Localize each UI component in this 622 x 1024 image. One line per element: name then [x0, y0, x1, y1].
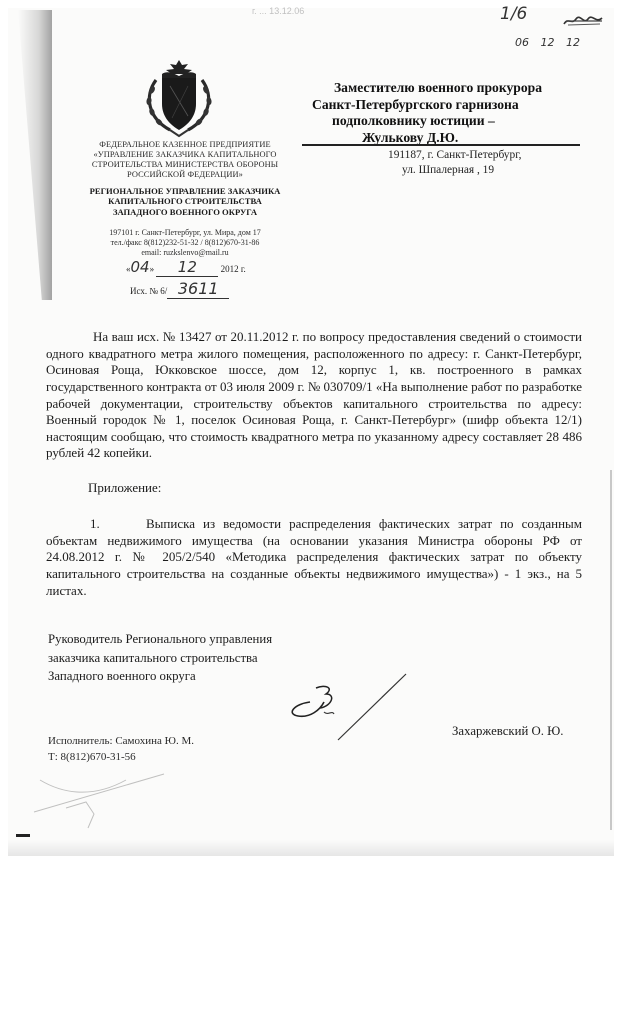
bleed-through-marks	[30, 772, 170, 832]
position-line: Западного военного округа	[48, 667, 272, 686]
signature-icon	[280, 656, 410, 746]
main-paragraph: На ваш исх. № 13427 от 20.11.2012 г. по …	[46, 329, 582, 462]
addressee-line: Заместителю военного прокурора	[312, 80, 582, 97]
regional-org-line: РЕГИОНАЛЬНОЕ УПРАВЛЕНИЕ ЗАКАЗЧИКА	[70, 186, 300, 196]
addressee-divider	[302, 144, 580, 146]
handwritten-scribble	[562, 14, 604, 26]
federal-org-line: СТРОИТЕЛЬСТВА МИНИСТЕРСТВА ОБОРОНЫ	[70, 160, 300, 170]
federal-org-line: ФЕДЕРАЛЬНОЕ КАЗЕННОЕ ПРЕДПРИЯТИЕ	[70, 140, 300, 150]
handwritten-registration-date: 06 12 12	[515, 36, 580, 49]
sender-address: 197101 г. Санкт-Петербург, ул. Мира, дом…	[70, 228, 300, 238]
executor-phone: Т: 8(812)670-31-56	[48, 750, 194, 766]
position-line: Руководитель Регионального управления	[48, 630, 272, 649]
sender-contacts: 197101 г. Санкт-Петербург, ул. Мира, дом…	[70, 228, 300, 258]
regional-organization-name: РЕГИОНАЛЬНОЕ УПРАВЛЕНИЕ ЗАКАЗЧИКА КАПИТА…	[70, 186, 300, 217]
appendix-item: 1.Выписка из ведомости распределения фак…	[46, 516, 582, 599]
addressee-postal-address: 191187, г. Санкт-Петербург, ул. Шпалерна…	[388, 148, 521, 179]
faint-stamp: г. ... 13.12.06	[252, 6, 304, 16]
federal-org-line: РОССИЙСКОЙ ФЕДЕРАЦИИ»	[70, 170, 300, 180]
date-month: 12	[156, 258, 218, 277]
appendix-item-number: 1.	[46, 516, 134, 533]
date-quote-close: »	[150, 264, 155, 274]
addressee-block: Заместителю военного прокурора Санкт-Пет…	[312, 80, 582, 147]
position-line: заказчика капитального строительства	[48, 649, 272, 668]
outgoing-number-value: 3611	[167, 279, 229, 299]
handwritten-registration-number: 1/6	[500, 4, 527, 24]
bleed-through-stroke-icon	[30, 772, 170, 832]
postal-line: 191187, г. Санкт-Петербург,	[388, 148, 521, 163]
federal-organization-name: ФЕДЕРАЛЬНОЕ КАЗЕННОЕ ПРЕДПРИЯТИЕ «УПРАВЛ…	[70, 140, 300, 180]
executor-name: Исполнитель: Самохина Ю. М.	[48, 734, 194, 750]
addressee-line: Санкт-Петербургского гарнизона	[312, 97, 582, 114]
scan-bottom-edge	[8, 840, 614, 856]
addressee-line: подполковнику юстиции –	[312, 113, 582, 130]
scan-mark	[16, 834, 30, 837]
outgoing-label: Исх. № 6/	[130, 286, 167, 296]
handwritten-signature	[280, 656, 410, 746]
scribble-icon	[562, 15, 604, 27]
ministry-of-defence-emblem-icon	[140, 56, 218, 138]
executor-block: Исполнитель: Самохина Ю. М. Т: 8(812)670…	[48, 734, 194, 766]
date-year: 2012 г.	[221, 264, 246, 274]
letter-date: «04» 12 2012 г.	[126, 258, 246, 277]
signatory-name: Захаржевский О. Ю.	[452, 724, 564, 739]
federal-org-line: «УПРАВЛЕНИЕ ЗАКАЗЧИКА КАПИТАЛЬНОГО	[70, 150, 300, 160]
regional-org-line: КАПИТАЛЬНОГО СТРОИТЕЛЬСТВА	[70, 196, 300, 206]
sender-email: email: ruzkslenvo@mail.ru	[70, 248, 300, 258]
postal-line: ул. Шпалерная , 19	[388, 163, 521, 178]
regional-org-line: ЗАПАДНОГО ВОЕННОГО ОКРУГА	[70, 207, 300, 217]
signatory-position: Руководитель Регионального управления за…	[48, 630, 272, 686]
sender-phone-fax: тел./факс 8(812)232-51-32 / 8(812)670-31…	[70, 238, 300, 248]
scan-right-edge	[610, 470, 612, 830]
date-day: 04	[131, 258, 150, 276]
outgoing-number: Исх. № 6/3611	[130, 279, 229, 299]
appendix-title: Приложение:	[88, 480, 622, 497]
